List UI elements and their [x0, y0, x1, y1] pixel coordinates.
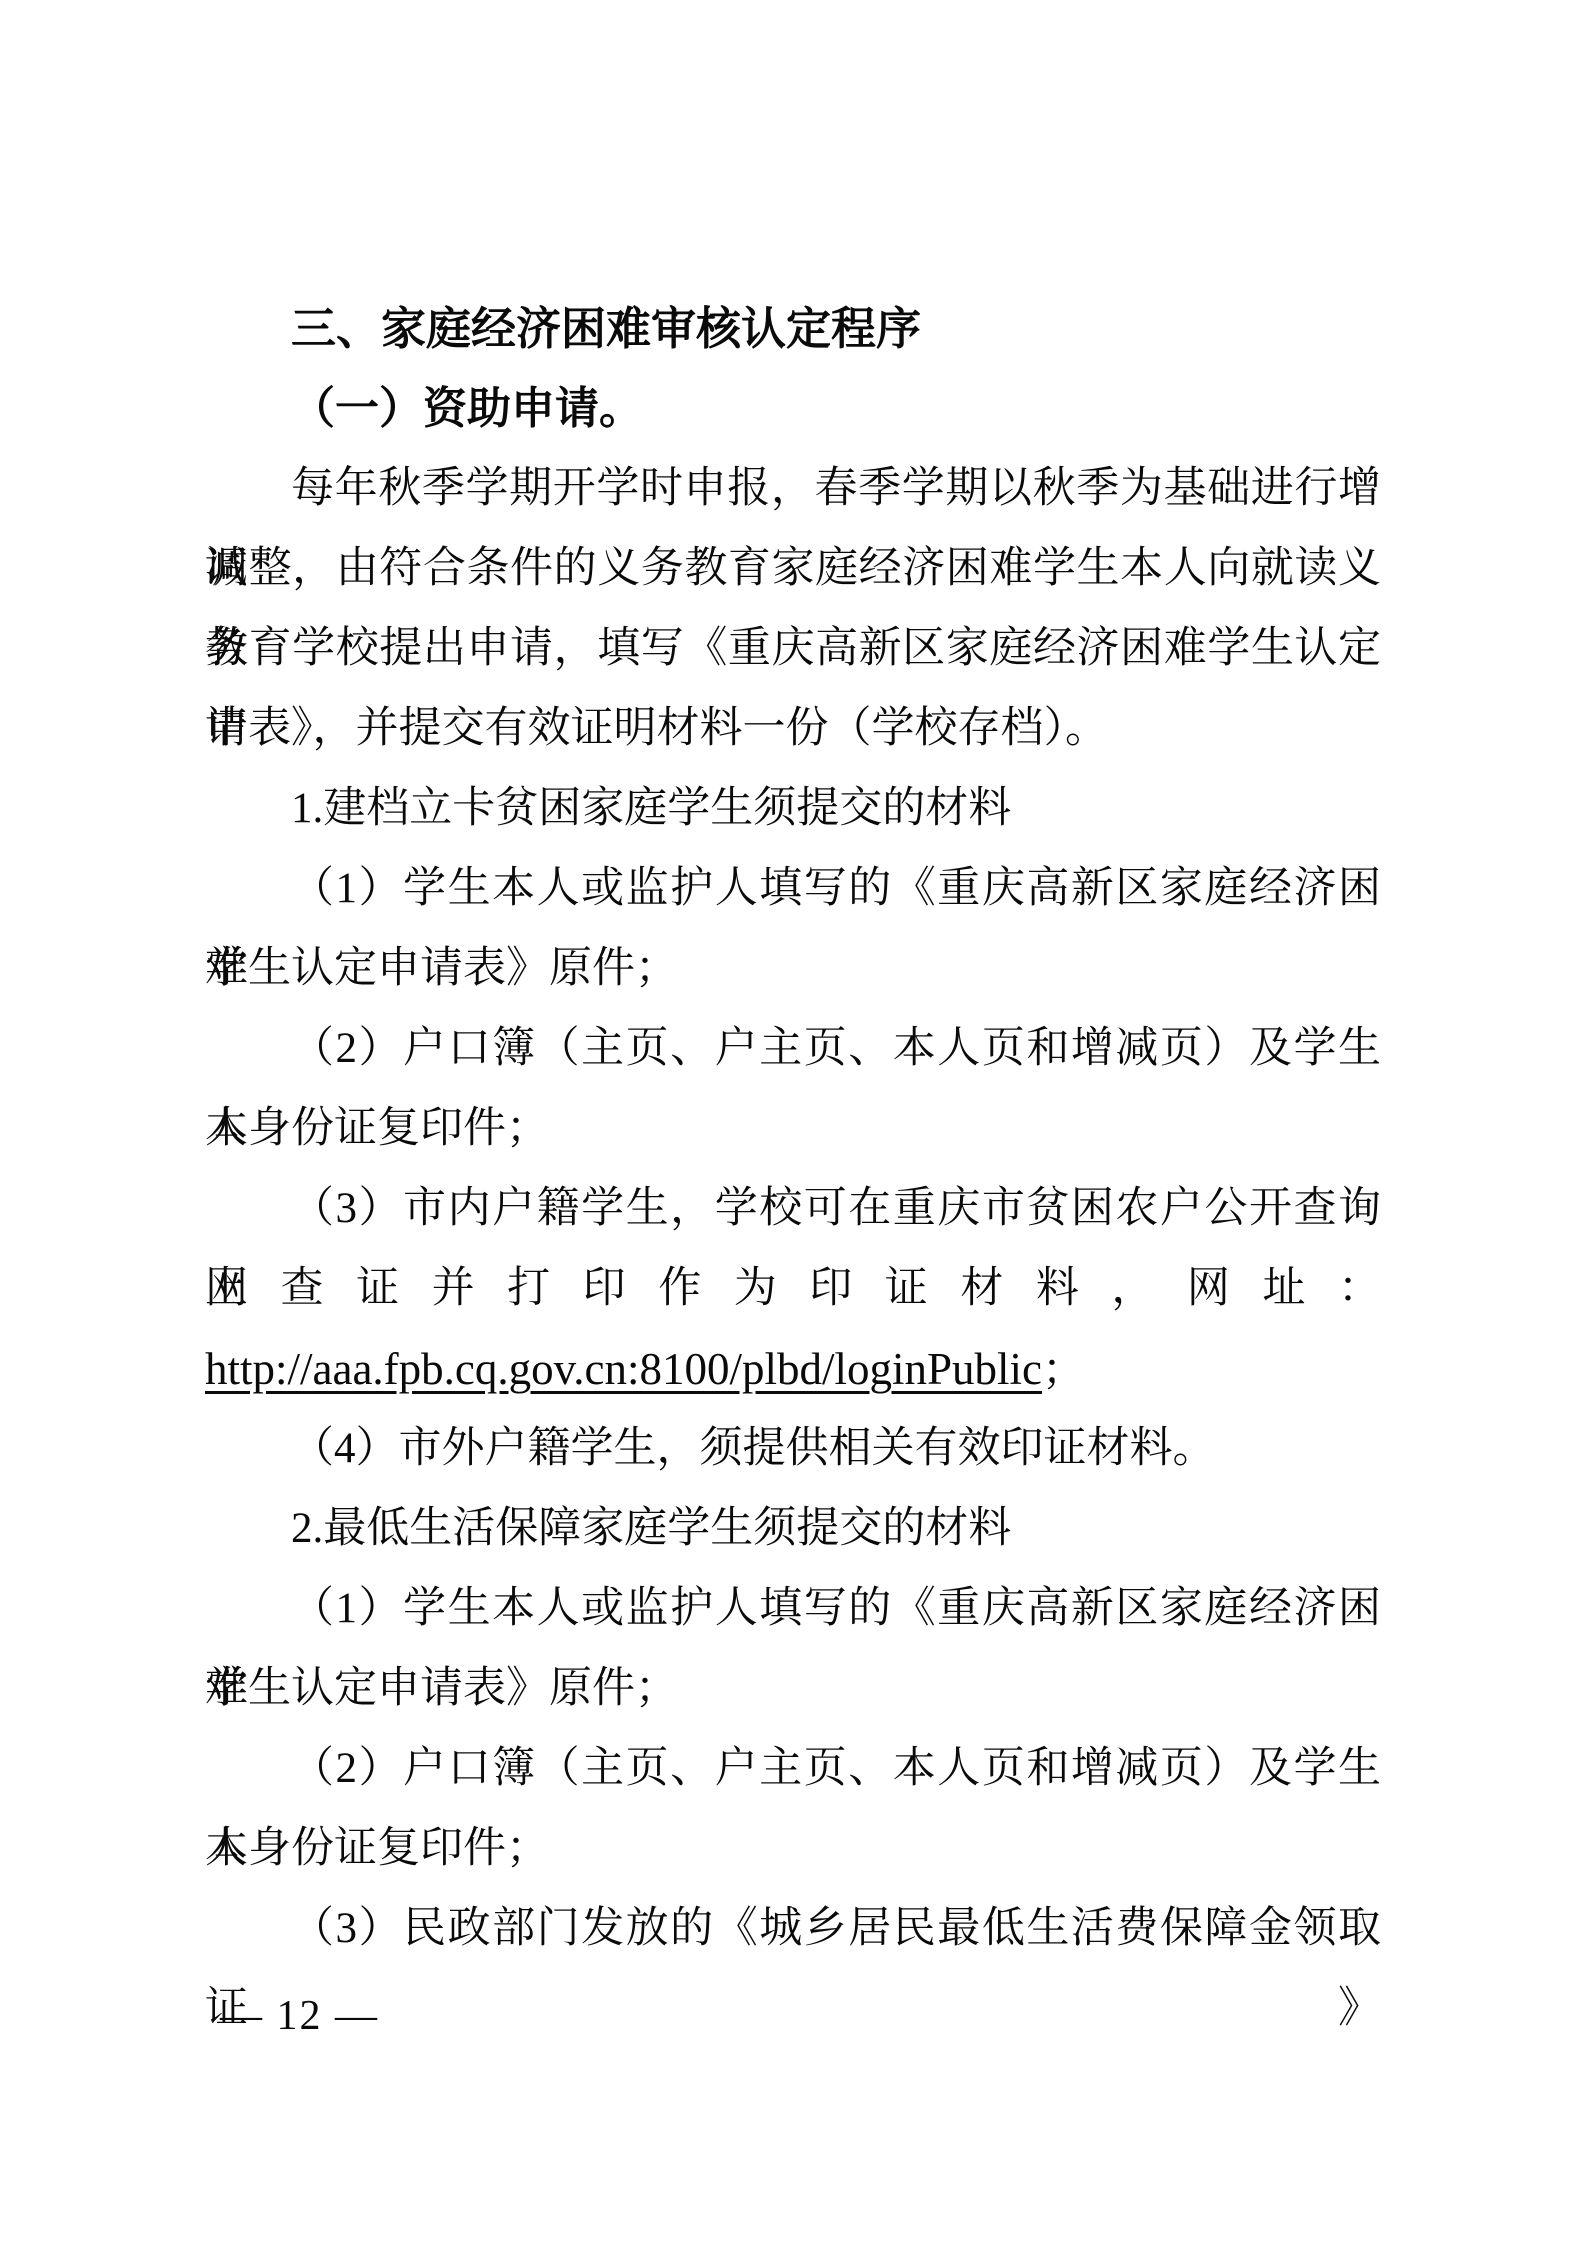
document-page: 三、家庭经济困难审核认定程序（一）资助申请。每年秋季学期开学时申报，春季学期以秋… — [0, 0, 1587, 2245]
url-line: http://aaa.fpb.cq.gov.cn:8100/plbd/login… — [205, 1329, 1381, 1409]
body-text-line: （2）户口簿（主页、户主页、本人页和增减页）及学生本 — [205, 1729, 1381, 1809]
body-text-line: （1）学生本人或监护人填写的《重庆高新区家庭经济困难 — [205, 849, 1381, 929]
body-text-line: （4）市外户籍学生，须提供相关有效印证材料。 — [205, 1409, 1381, 1489]
body-text-line: 请表》，并提交有效证明材料一份（学校存档）。 — [205, 689, 1381, 769]
url-link[interactable]: http://aaa.fpb.cq.gov.cn:8100/plbd/login… — [205, 1344, 1042, 1394]
url-suffix: ； — [1042, 1347, 1085, 1394]
subsection-heading-line: （一）资助申请。 — [205, 369, 1381, 449]
body-text-line: 人身份证复印件； — [205, 1809, 1381, 1889]
body-text-line: 上查证并打印作为印证材料，网址： — [205, 1249, 1381, 1329]
body-text-line: （2）户口簿（主页、户主页、本人页和增减页）及学生本 — [205, 1009, 1381, 1089]
body-text-line: 1.建档立卡贫困家庭学生须提交的材料 — [205, 769, 1381, 849]
body-text-line: （3）民政部门发放的《城乡居民最低生活费保障金领取证》 — [205, 1889, 1381, 1969]
document-body: 三、家庭经济困难审核认定程序（一）资助申请。每年秋季学期开学时申报，春季学期以秋… — [205, 289, 1381, 1969]
body-text-line: （1）学生本人或监护人填写的《重庆高新区家庭经济困难 — [205, 1569, 1381, 1649]
body-text-line: 学生认定申请表》原件； — [205, 929, 1381, 1009]
section-heading-line: 三、家庭经济困难审核认定程序 — [205, 289, 1381, 369]
body-text-line: 教育学校提出申请，填写《重庆高新区家庭经济困难学生认定申 — [205, 609, 1381, 689]
body-text-line: 每年秋季学期开学时申报，春季学期以秋季为基础进行增减 — [205, 449, 1381, 529]
body-text-line: 人身份证复印件； — [205, 1089, 1381, 1169]
body-text-line: （3）市内户籍学生，学校可在重庆市贫困农户公开查询网 — [205, 1169, 1381, 1249]
body-text-line: 调整，由符合条件的义务教育家庭经济困难学生本人向就读义务 — [205, 529, 1381, 609]
body-text-line: 2.最低生活保障家庭学生须提交的材料 — [205, 1489, 1381, 1569]
body-text-line: 学生认定申请表》原件； — [205, 1649, 1381, 1729]
page-number: — 12 — — [220, 1994, 379, 2038]
